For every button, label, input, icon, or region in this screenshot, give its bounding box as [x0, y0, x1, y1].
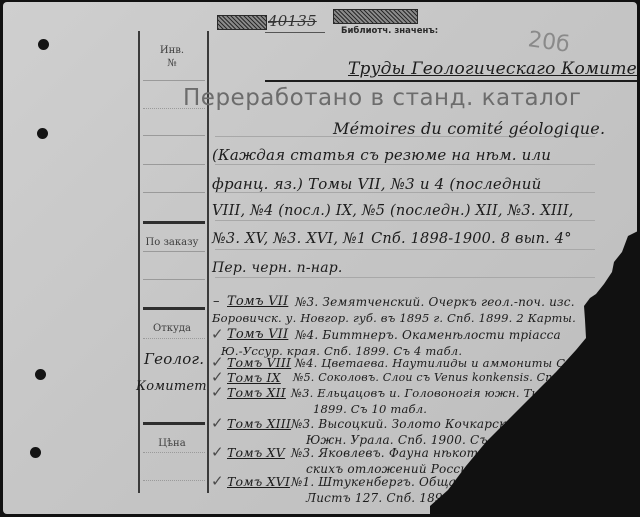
- inventory-stamp: [217, 15, 267, 30]
- volume-number: Томъ XII: [227, 385, 286, 400]
- punch-hole: [38, 39, 49, 50]
- punch-hole: [37, 128, 48, 139]
- inventory-number-struck: 40135: [268, 12, 317, 30]
- volume-number: Томъ XV: [227, 445, 285, 460]
- divider: [143, 80, 205, 81]
- ruled-line: [215, 164, 595, 165]
- section-divider: [143, 422, 205, 425]
- punch-hole: [35, 369, 46, 380]
- volume-entry: 1899. Съ 10 табл.: [313, 402, 427, 416]
- volume-number: Томъ XVI: [227, 474, 290, 489]
- source-label: Откуда: [137, 323, 207, 334]
- section-divider: [143, 221, 205, 224]
- volume-number: Томъ IX: [227, 370, 281, 385]
- card-title: Труды Геологическаго Комитета: [348, 59, 637, 79]
- divider: [143, 164, 205, 165]
- divider: [143, 251, 205, 252]
- divider: [143, 279, 205, 280]
- inv-no-label: №: [137, 58, 207, 69]
- checkmark-icon: ✓: [211, 443, 224, 461]
- divider: [143, 452, 205, 453]
- divider: [143, 480, 205, 481]
- library-mark-stamp: [333, 9, 418, 24]
- volume-entry: Листъ 127. Спб. 1898. Съ 5…: [306, 491, 500, 505]
- checkmark-icon: ✓: [211, 325, 224, 343]
- checkmark-icon: ✓: [211, 472, 224, 490]
- divider: [143, 192, 205, 193]
- volume-number: Томъ VII: [227, 327, 288, 342]
- checkmark-icon: ✓: [211, 383, 224, 401]
- volume-number: Томъ VIII: [227, 355, 291, 370]
- description-line: VIII, №4 (посл.) IX, №5 (последн.) XII, …: [212, 203, 574, 219]
- volume-mark: –: [213, 294, 220, 309]
- title-underline: [265, 80, 637, 82]
- volume-entry: №5. Соколовъ. Слои съ Venus konkensis. С…: [293, 371, 607, 384]
- pencil-note: Переработано в станд. каталог: [183, 85, 581, 111]
- volume-entry: №4. Биттнеръ. Окаменѣлости тріасса: [295, 328, 561, 342]
- source-value: Геолог.: [144, 350, 204, 368]
- description-line: Пер. черн. п-нар.: [212, 260, 343, 276]
- section-divider: [143, 307, 205, 310]
- description-line: №3. XV, №3. XVI, №1 Спб. 1898-1900. 8 вы…: [212, 231, 572, 247]
- description-line: (Каждая статья съ резюме на нѣм. или: [212, 146, 551, 164]
- volume-entry: №3. Высоцкий. Золото Кочкарск. с…: [291, 417, 534, 431]
- price-label: Цѣна: [137, 438, 207, 449]
- volume-entry: №1. Штукенбергъ. Общая геол…: [291, 475, 509, 489]
- order-label: По заказу: [137, 237, 207, 248]
- volume-number: Томъ VII: [227, 294, 288, 309]
- volume-entry: №3. Земятченский. Очеркъ геол.-поч. изс.: [295, 295, 575, 309]
- volume-entry: №3. Яковлевъ. Фауна нѣкотор. верхн…: [291, 446, 551, 460]
- volume-entry: Южн. Урала. Спб. 1900. Съ 3 карт…: [306, 433, 550, 447]
- ruled-line: [215, 277, 595, 278]
- ruled-line: [215, 249, 595, 250]
- volume-entry: скихъ отложений России. I С…: [306, 462, 515, 476]
- left-column-border: [138, 31, 140, 493]
- ruled-line: [215, 220, 595, 221]
- checkmark-icon: ✓: [211, 414, 224, 432]
- divider: [143, 135, 205, 136]
- volume-number: Томъ XIII: [227, 416, 291, 431]
- inventory-underline: [265, 32, 325, 33]
- library-mark-label: Библиотч. значенъ:: [341, 26, 438, 36]
- french-title: Mémoires du comité géologique.: [333, 119, 605, 138]
- volume-entry: Боровичск. у. Новгор. губ. въ 1895 г. Сп…: [212, 311, 576, 325]
- catalog-card: 40135 Библиотч. значенъ: 20б Инв. № По з…: [3, 2, 637, 514]
- divider: [143, 338, 205, 339]
- description-line: франц. яз.) Томы VII, №3 и 4 (последний: [212, 175, 541, 193]
- volume-entry: №3. Ельцацовъ и. Головоногія южн. Тимана: [291, 386, 571, 400]
- pencil-call-number: 20б: [526, 27, 571, 58]
- inv-label: Инв.: [137, 45, 207, 56]
- volume-entry: №4. Цветаева. Наутилиды и аммониты С. Б…: [295, 356, 593, 370]
- punch-hole: [30, 447, 41, 458]
- source-value: Комитет: [136, 379, 207, 394]
